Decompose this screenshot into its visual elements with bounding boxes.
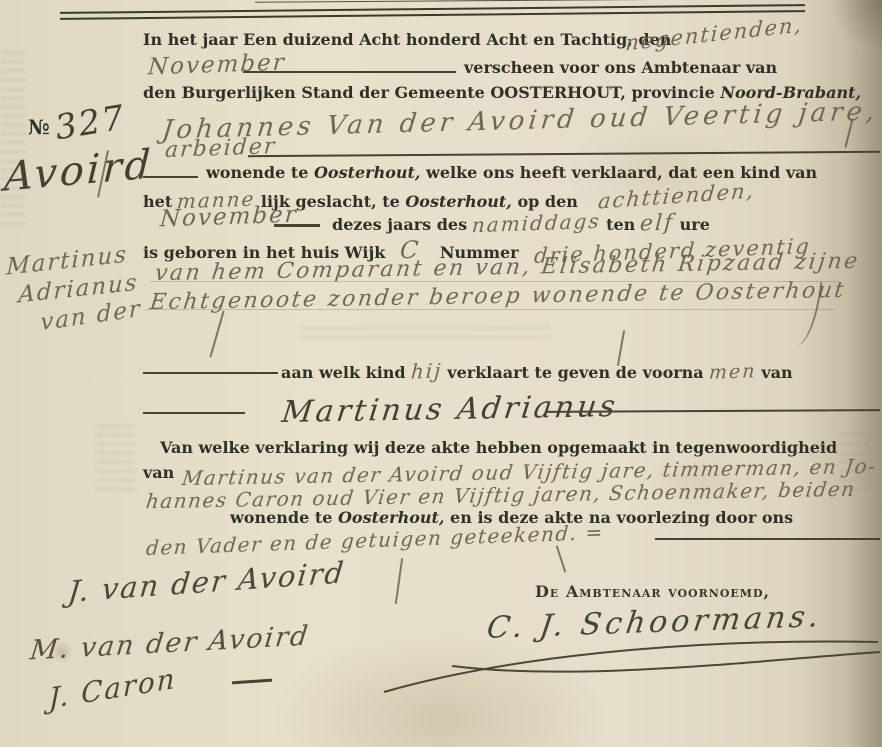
witness3-signature: J. Caron xyxy=(49,662,177,716)
post-rule-signed xyxy=(655,538,880,540)
official-signature-flourish xyxy=(382,630,882,700)
on-den: op den xyxy=(512,192,578,211)
birth-day-hw: achttienden, xyxy=(597,178,757,213)
header-divider-rule xyxy=(60,4,805,20)
declarant-occupation-hw: arbeider xyxy=(164,134,277,163)
birth-certificate-page: № 327 Avoird Martinus Adrianus van der I… xyxy=(0,0,882,747)
official-caption: De Ambtenaar voornoemd, xyxy=(535,582,770,601)
record-number-label: № xyxy=(28,115,50,139)
birth-place-italic: Oosterhout, xyxy=(405,192,512,211)
residence-place: Oosterhout, xyxy=(314,163,421,182)
fill-rule-month xyxy=(243,71,456,73)
record-number: № 327 xyxy=(28,103,126,143)
naming-line: aan welk kind hij verklaart te geven de … xyxy=(281,359,793,383)
hij-hw: hij xyxy=(410,358,443,383)
child-names-hw: Martinus Adrianus xyxy=(280,389,620,430)
opening-appeared-printed: verscheen voor ons Ambtenaar van xyxy=(464,58,777,77)
bleedthrough-center xyxy=(300,326,550,338)
men-hw: men xyxy=(708,360,757,384)
witness1-signature: J. van der Avoird xyxy=(67,555,347,609)
hour-hw: elf xyxy=(640,210,676,236)
time-mid-printed: dezes jaars des xyxy=(332,215,467,234)
birth-month-hw: November xyxy=(159,202,298,233)
fill-rule-occupation xyxy=(248,151,880,157)
opening-appeared-line: verscheen voor ons Ambtenaar van xyxy=(464,58,777,77)
naming-post-printed: van xyxy=(761,363,792,382)
echtgenoote-descender xyxy=(209,311,224,358)
closing-line1-printed: Van welke verklaring wij deze akte hebbe… xyxy=(160,438,837,457)
daypart-hw: namiddags xyxy=(471,209,601,238)
pre-rule-naming xyxy=(143,372,278,374)
dash-after-month xyxy=(274,224,320,227)
opening-year-line: In het jaar Een duizend Acht honderd Ach… xyxy=(143,30,671,49)
top-edge-remnant-line xyxy=(255,0,760,3)
witness2-signature: M. van der Avoird xyxy=(28,621,311,667)
opening-day-hw: negentienden, xyxy=(625,13,804,56)
opening-registry-printed: den Burgerlijken Stand der Gemeente OOST… xyxy=(143,83,720,102)
bleedthrough-right xyxy=(840,430,870,490)
opening-month-hw: November xyxy=(147,50,286,81)
closing-residence-pre: wonende te xyxy=(230,508,338,527)
naming-mid-printed: verklaart te geven de voorna xyxy=(447,363,703,382)
closing-van: van xyxy=(143,463,174,482)
declarant-residence-line: wonende te Oosterhout, welke ons heeft v… xyxy=(206,163,817,182)
bleedthrough-left-top xyxy=(0,45,26,225)
pre-rule-childname xyxy=(143,412,245,414)
closing-residence-place: Oosterhout, xyxy=(338,508,445,527)
opening-year-printed: In het jaar Een duizend Acht honderd Ach… xyxy=(143,30,671,49)
bleedthrough-left-mid xyxy=(96,420,136,490)
small-dash-mark xyxy=(232,679,272,685)
record-number-value: 327 xyxy=(52,98,128,149)
post-rule-childname xyxy=(545,409,880,413)
naming-pre-printed: aan welk kind xyxy=(281,363,406,382)
time-line: dezes jaars des namiddags ten elf ure xyxy=(332,211,710,236)
witness1-stray-stroke xyxy=(395,558,403,604)
faint-guide-line-1 xyxy=(150,281,840,282)
faint-guide-line-2 xyxy=(145,309,835,310)
ure-printed: ure xyxy=(680,215,710,234)
ten-printed: ten xyxy=(606,215,635,234)
closing-line1: Van welke verklaring wij deze akte hebbe… xyxy=(160,438,837,457)
residence-pre: wonende te xyxy=(206,163,314,182)
pre-rule-residence xyxy=(143,176,198,178)
closing-van-printed: van xyxy=(143,463,174,482)
signed-descender xyxy=(556,545,567,572)
residence-post: welke ons heeft verklaard, dat een kind … xyxy=(420,163,817,182)
